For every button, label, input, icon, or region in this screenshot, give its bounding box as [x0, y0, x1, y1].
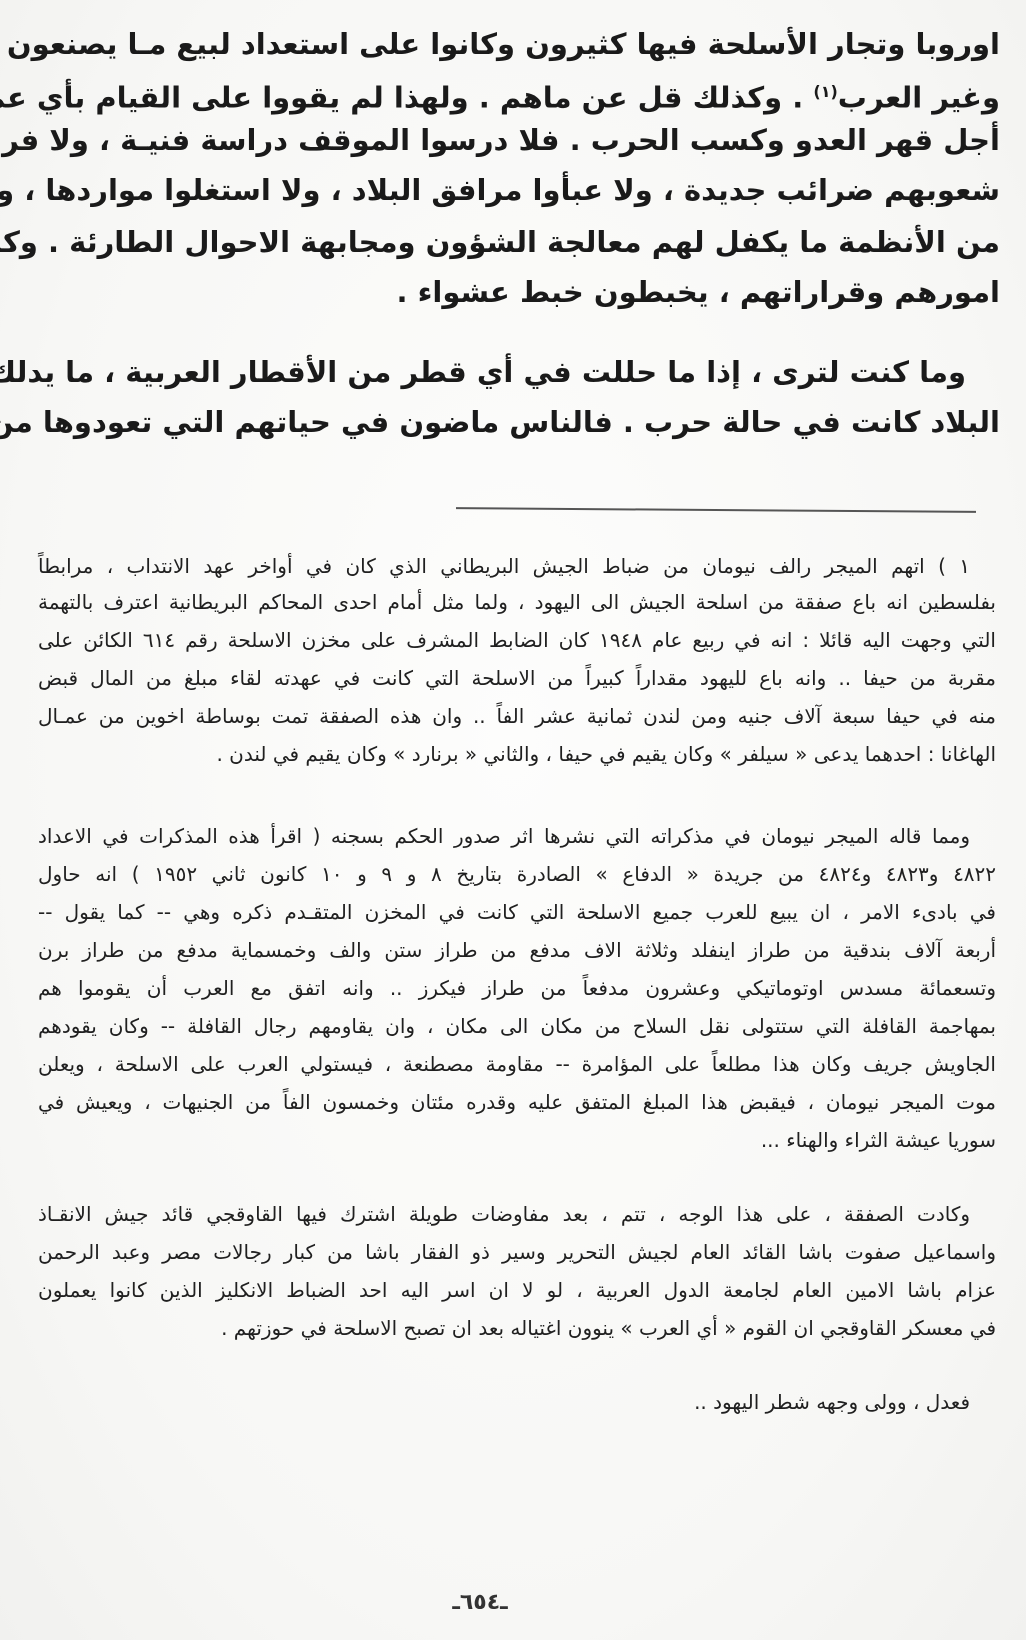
footnote-line: وتسعمائة مسدس اوتوماتيكي وعشرون مدفعاً م…	[38, 970, 996, 1006]
footnote-line: واسماعيل صفوت باشا القائد العام لجيش الت…	[38, 1234, 996, 1270]
body-line: اوروبا وتجار الأسلحة فيها كثيرون وكانوا …	[40, 20, 1000, 68]
footnote-line: مقربة من حيفا .. وانه باع لليهود مقداراً…	[38, 660, 996, 696]
footnote-line: ومما قاله الميجر نيومان في مذكراته التي …	[38, 818, 970, 854]
body-line: من الأنظمة ما يكفل لهم معالجة الشؤون ومج…	[40, 218, 1000, 266]
body-line: شعوبهم ضرائب جديدة ، ولا عبأوا مرافق الب…	[40, 166, 1000, 214]
body-line-text: . وكذلك قل عن ماهم . ولهذا لم يقووا على …	[0, 81, 803, 115]
body-line-with-footnote-ref: وغير العرب(١) . وكذلك قل عن ماهم . ولهذا…	[40, 68, 1000, 116]
body-line: أجل قهر العدو وكسب الحرب . فلا درسوا الم…	[40, 116, 1000, 164]
page-number: ـ٦٥٤ـ	[420, 1590, 540, 1615]
footnote-line: في بادىء الامر ، ان يبيع للعرب جميع الاس…	[38, 894, 996, 930]
footnote-line: في معسكر القاوقجي ان القوم « أي العرب » …	[38, 1310, 996, 1346]
footnote-reference: (١)	[813, 82, 837, 101]
body-line-text: وغير العرب	[838, 81, 1000, 115]
footnote-line: موت الميجر نيومان ، فيقبض هذا المبلغ الم…	[38, 1084, 996, 1120]
footnote-line: عزام باشا الامين العام لجامعة الدول العر…	[38, 1272, 996, 1308]
footnote-line: الجاويش جريف وكان هذا مطلعاً على المؤامر…	[38, 1046, 996, 1082]
body-line: امورهم وقراراتهم ، يخبطون خبط عشواء .	[40, 268, 1000, 316]
footnote-line: بفلسطين انه باع صفقة من اسلحة الجيش الى …	[38, 584, 996, 620]
footnote-line: أربعة آلاف بندقية من طراز اينفلد وثلاثة …	[38, 932, 996, 968]
footnote-separator	[456, 507, 976, 513]
body-line: البلاد كانت في حالة حرب . فالناس ماضون ف…	[40, 398, 1000, 446]
footnote-line: سوريا عيشة الثراء والهناء ...	[38, 1122, 996, 1158]
footnote-line: ٤٨٢٢ و٤٨٢٣ و٤٨٢٤ من جريدة « الدفاع » الص…	[38, 856, 996, 892]
footnote-line: بمهاجمة القافلة التي ستتولى نقل السلاح م…	[38, 1008, 996, 1044]
footnote-line: ١ ) اتهم الميجر رالف نيومان من ضباط الجي…	[38, 548, 970, 584]
book-page: اوروبا وتجار الأسلحة فيها كثيرون وكانوا …	[0, 0, 1026, 1640]
footnote-line: فعدل ، وولى وجهه شطر اليهود ..	[38, 1384, 970, 1420]
footnote-line: منه في حيفا سبعة آلاف جنيه ومن لندن ثمان…	[38, 698, 996, 734]
footnote-line: التي وجهت اليه قائلا : انه في ربيع عام ١…	[38, 622, 996, 658]
body-line: وما كنت لترى ، إذا ما حللت في أي قطر من …	[40, 348, 966, 396]
footnote-line: وكادت الصفقة ، على هذا الوجه ، تتم ، بعد…	[38, 1196, 970, 1232]
footnote-line: الهاغانا : احدهما يدعى « سيلفر » وكان يق…	[38, 736, 996, 772]
